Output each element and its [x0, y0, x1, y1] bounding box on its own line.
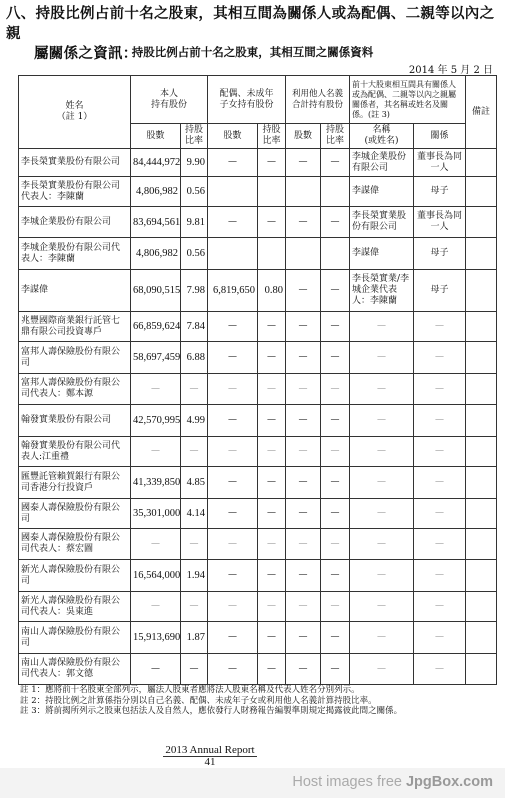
watermark-prefix: Host images free	[292, 774, 406, 790]
other-ratio: —	[321, 405, 350, 437]
spouse-ratio: —	[258, 437, 286, 467]
remarks	[466, 238, 497, 270]
table-row: 新光人壽保險股份有限公司代表人：吳東進————————	[19, 592, 497, 622]
shareholder-name: 國泰人壽保險股份有限公司代表人：蔡宏圖	[19, 529, 131, 560]
spouse-ratio: —	[258, 529, 286, 560]
other-shares: —	[286, 654, 321, 685]
other-shares: —	[286, 342, 321, 374]
header-other-ratio: 持股 比率	[321, 124, 350, 149]
related-name: —	[350, 499, 414, 529]
spouse-ratio: —	[258, 592, 286, 622]
shares-ratio: 7.98	[181, 270, 208, 312]
other-ratio: —	[321, 467, 350, 499]
other-ratio: —	[321, 499, 350, 529]
spouse-shares: —	[208, 529, 258, 560]
header-shares: 股數	[131, 124, 181, 149]
relation: 母子	[414, 238, 466, 270]
remarks	[466, 405, 497, 437]
related-name: —	[350, 405, 414, 437]
shares-ratio: —	[181, 374, 208, 405]
table-title: 持股比例占前十名之股東，其相互間之關係資料	[0, 44, 505, 60]
header-name: 姓名 （註 1）	[19, 76, 131, 149]
shareholder-name: 富邦人壽保險股份有限公司	[19, 342, 131, 374]
shareholder-name: 富邦人壽保險股份有限公司代表人：鄭本源	[19, 374, 131, 405]
table-row: 李長榮實業股份有限公司84,444,9729.90————李城企業股份有限公司董…	[19, 149, 497, 177]
spouse-shares: —	[208, 467, 258, 499]
spouse-shares: —	[208, 207, 258, 238]
remarks	[466, 622, 497, 654]
other-ratio: —	[321, 270, 350, 312]
spouse-shares: —	[208, 374, 258, 405]
shares-ratio: 9.81	[181, 207, 208, 238]
shareholder-name: 翰發實業股份有限公司	[19, 405, 131, 437]
header-ratio: 持股 比率	[181, 124, 208, 149]
header-remarks: 備註	[466, 76, 497, 149]
remarks	[466, 270, 497, 312]
shares-ratio: 7.84	[181, 312, 208, 342]
shares-ratio: 0.56	[181, 177, 208, 207]
relation: —	[414, 374, 466, 405]
shares-ratio: 1.94	[181, 560, 208, 592]
other-ratio: —	[321, 437, 350, 467]
watermark-link[interactable]: Host images free JpgBox.com	[292, 774, 493, 790]
other-shares: —	[286, 207, 321, 238]
spouse-shares: —	[208, 405, 258, 437]
related-name: 李謀偉	[350, 238, 414, 270]
other-shares	[286, 238, 321, 270]
page-number: 41	[205, 756, 216, 768]
spouse-shares	[208, 177, 258, 207]
related-name: —	[350, 374, 414, 405]
table-row: 國泰人壽保險股份有限公司35,301,0004.14——————	[19, 499, 497, 529]
shares-count: 16,564,000	[131, 560, 181, 592]
spouse-ratio	[258, 238, 286, 270]
shares-count: 84,444,972	[131, 149, 181, 177]
footnotes: 註 1：應將前十名股東全部列示，屬法人股東者應將法人股東名稱及代表人姓名分別列示…	[20, 685, 500, 717]
other-shares: —	[286, 405, 321, 437]
page-footer: 2013 Annual Report 41	[0, 745, 420, 768]
report-date: 2014 年 5 月 2 日	[409, 61, 493, 76]
footnote-1: 註 1：應將前十名股東全部列示，屬法人股東者應將法人股東名稱及代表人姓名分別列示…	[20, 685, 500, 696]
shares-count: —	[131, 592, 181, 622]
shares-count: 58,697,459	[131, 342, 181, 374]
other-ratio: —	[321, 312, 350, 342]
remarks	[466, 437, 497, 467]
table-row: 南山人壽保險股份有限公司15,913,6901.87——————	[19, 622, 497, 654]
shares-count: 35,301,000	[131, 499, 181, 529]
relation: —	[414, 499, 466, 529]
shares-count: 4,806,982	[131, 238, 181, 270]
other-shares: —	[286, 270, 321, 312]
spouse-shares: —	[208, 622, 258, 654]
shares-ratio: —	[181, 592, 208, 622]
shares-ratio: 4.99	[181, 405, 208, 437]
spouse-ratio: 0.80	[258, 270, 286, 312]
shareholder-name: 李城企業股份有限公司	[19, 207, 131, 238]
other-ratio: —	[321, 529, 350, 560]
spouse-shares: —	[208, 437, 258, 467]
shares-count: —	[131, 374, 181, 405]
relation: —	[414, 405, 466, 437]
remarks	[466, 529, 497, 560]
shareholder-name: 南山人壽保險股份有限公司代表人：郭文德	[19, 654, 131, 685]
shareholder-name: 匯豐託管賴賀銀行有限公司香港分行投資戶	[19, 467, 131, 499]
relation: 董事長為同一人	[414, 207, 466, 238]
header-spouse-ratio: 持股 比率	[258, 124, 286, 149]
table-row: 翰發實業股份有限公司42,570,9954.99——————	[19, 405, 497, 437]
other-shares: —	[286, 560, 321, 592]
related-name: 李謀偉	[350, 177, 414, 207]
spouse-ratio: —	[258, 149, 286, 177]
relation: —	[414, 560, 466, 592]
spouse-ratio: —	[258, 405, 286, 437]
shareholder-name: 新光人壽保險股份有限公司	[19, 560, 131, 592]
related-name: —	[350, 560, 414, 592]
relation: —	[414, 312, 466, 342]
related-name: —	[350, 312, 414, 342]
table-row: 南山人壽保險股份有限公司代表人：郭文德————————	[19, 654, 497, 685]
shares-count: 15,913,690	[131, 622, 181, 654]
spouse-ratio: —	[258, 342, 286, 374]
table-row: 匯豐託管賴賀銀行有限公司香港分行投資戶41,339,8504.85——————	[19, 467, 497, 499]
shares-ratio: —	[181, 437, 208, 467]
table-row: 國泰人壽保險股份有限公司代表人：蔡宏圖————————	[19, 529, 497, 560]
spouse-ratio: —	[258, 312, 286, 342]
header-name-note: （註 1）	[21, 112, 128, 123]
spouse-ratio: —	[258, 622, 286, 654]
remarks	[466, 499, 497, 529]
spouse-shares: —	[208, 312, 258, 342]
other-ratio: —	[321, 592, 350, 622]
spouse-ratio: —	[258, 374, 286, 405]
related-name: —	[350, 592, 414, 622]
other-ratio: —	[321, 374, 350, 405]
shares-ratio: 0.56	[181, 238, 208, 270]
shareholder-name: 新光人壽保險股份有限公司代表人：吳東進	[19, 592, 131, 622]
related-name: 李長榮實業股份有限公司	[350, 207, 414, 238]
relation: —	[414, 342, 466, 374]
shares-count: 83,694,561	[131, 207, 181, 238]
remarks	[466, 312, 497, 342]
shares-ratio: 4.14	[181, 499, 208, 529]
table-row: 富邦人壽保險股份有限公司代表人：鄭本源————————	[19, 374, 497, 405]
relation: —	[414, 592, 466, 622]
spouse-ratio: —	[258, 207, 286, 238]
shares-count: 66,859,624	[131, 312, 181, 342]
other-ratio	[321, 177, 350, 207]
header-other-shares-count: 股數	[286, 124, 321, 149]
other-ratio: —	[321, 560, 350, 592]
related-name: —	[350, 654, 414, 685]
shares-ratio: —	[181, 529, 208, 560]
shares-ratio: 1.87	[181, 622, 208, 654]
other-shares: —	[286, 149, 321, 177]
related-name: 李城企業股份有限公司	[350, 149, 414, 177]
header-spouse-shares: 配偶、未成年 子女持有股份	[208, 76, 286, 124]
remarks	[466, 149, 497, 177]
footnote-2: 註 2：持股比例之計算係指分別以自己名義、配偶、未成年子女或利用他人名義計算持股…	[20, 696, 500, 707]
spouse-ratio: —	[258, 560, 286, 592]
remarks	[466, 467, 497, 499]
spouse-shares: —	[208, 342, 258, 374]
shares-count: 42,570,995	[131, 405, 181, 437]
shareholder-name: 翰發實業股份有限公司代表人:江重禮	[19, 437, 131, 467]
watermark-brand: JpgBox.com	[406, 774, 493, 790]
relation: 董事長為同一人	[414, 149, 466, 177]
other-shares: —	[286, 467, 321, 499]
header-name-label: 姓名	[21, 101, 128, 112]
shares-ratio: —	[181, 654, 208, 685]
remarks	[466, 342, 497, 374]
remarks	[466, 654, 497, 685]
other-ratio	[321, 238, 350, 270]
related-name: —	[350, 342, 414, 374]
header-relation-group: 前十大股東相互間具有關係人或為配偶、二親等以內之親屬關係者，其名稱或姓名及關係。…	[350, 76, 466, 124]
header-rel-name: 名稱 (或姓名)	[350, 124, 414, 149]
other-shares: —	[286, 437, 321, 467]
shares-count: —	[131, 529, 181, 560]
watermark-bar: Host images free JpgBox.com	[0, 768, 505, 798]
relation: 母子	[414, 177, 466, 207]
shares-count: —	[131, 654, 181, 685]
table-row: 翰發實業股份有限公司代表人:江重禮————————	[19, 437, 497, 467]
other-ratio: —	[321, 207, 350, 238]
table-row: 兆豐國際商業銀行託管七鼎有限公司投資專戶66,859,6247.84——————	[19, 312, 497, 342]
relation: —	[414, 622, 466, 654]
spouse-shares: —	[208, 592, 258, 622]
header-spouse-shares-count: 股數	[208, 124, 258, 149]
shares-count: 41,339,850	[131, 467, 181, 499]
other-shares: —	[286, 312, 321, 342]
relation: —	[414, 437, 466, 467]
shares-count: 4,806,982	[131, 177, 181, 207]
shareholder-name: 國泰人壽保險股份有限公司	[19, 499, 131, 529]
header-rel: 關係	[414, 124, 466, 149]
spouse-shares: 6,819,650	[208, 270, 258, 312]
shares-ratio: 9.90	[181, 149, 208, 177]
other-shares: —	[286, 499, 321, 529]
table-row: 李城企業股份有限公司83,694,5619.81————李長榮實業股份有限公司董…	[19, 207, 497, 238]
relation: —	[414, 467, 466, 499]
shareholder-name: 兆豐國際商業銀行託管七鼎有限公司投資專戶	[19, 312, 131, 342]
remarks	[466, 177, 497, 207]
other-ratio: —	[321, 342, 350, 374]
spouse-shares	[208, 238, 258, 270]
relation: —	[414, 654, 466, 685]
section-heading-line1: 八、持股比例占前十名之股東，其相互間為關係人或為配偶、二親等以內之親	[6, 5, 494, 42]
other-shares: —	[286, 374, 321, 405]
related-name: —	[350, 437, 414, 467]
table-row: 富邦人壽保險股份有限公司58,697,4596.88——————	[19, 342, 497, 374]
other-shares: —	[286, 592, 321, 622]
shareholder-name: 南山人壽保險股份有限公司	[19, 622, 131, 654]
spouse-ratio: —	[258, 467, 286, 499]
shares-ratio: 6.88	[181, 342, 208, 374]
spouse-ratio	[258, 177, 286, 207]
other-shares: —	[286, 622, 321, 654]
shareholder-table: 姓名 （註 1） 本人 持有股份 配偶、未成年 子女持有股份 利用他人名義 合計…	[18, 75, 497, 685]
remarks	[466, 560, 497, 592]
header-other-shares: 利用他人名義 合計持有股份	[286, 76, 350, 124]
shareholder-name: 李長榮實業股份有限公司代表人：李陳蘭	[19, 177, 131, 207]
table-row: 李長榮實業股份有限公司代表人：李陳蘭4,806,9820.56李謀偉母子	[19, 177, 497, 207]
spouse-shares: —	[208, 560, 258, 592]
other-shares: —	[286, 529, 321, 560]
table-row: 新光人壽保險股份有限公司16,564,0001.94——————	[19, 560, 497, 592]
remarks	[466, 374, 497, 405]
shareholder-name: 李城企業股份有限公司代表人：李陳蘭	[19, 238, 131, 270]
spouse-ratio: —	[258, 499, 286, 529]
remarks	[466, 207, 497, 238]
table-row: 李謀偉68,090,5157.986,819,6500.80——李長榮實業/李城…	[19, 270, 497, 312]
other-shares	[286, 177, 321, 207]
related-name: —	[350, 467, 414, 499]
shares-count: 68,090,515	[131, 270, 181, 312]
footnote-3: 註 3：將前揭所列示之股東包括法人及自然人，應依發行人財務報告編製準則規定揭露彼…	[20, 706, 500, 717]
spouse-shares: —	[208, 149, 258, 177]
relation: —	[414, 529, 466, 560]
shareholder-name: 李謀偉	[19, 270, 131, 312]
remarks	[466, 592, 497, 622]
other-ratio: —	[321, 622, 350, 654]
table-row: 李城企業股份有限公司代表人：李陳蘭4,806,9820.56李謀偉母子	[19, 238, 497, 270]
shareholder-name: 李長榮實業股份有限公司	[19, 149, 131, 177]
related-name: —	[350, 529, 414, 560]
other-ratio: —	[321, 654, 350, 685]
spouse-shares: —	[208, 499, 258, 529]
related-name: 李長榮實業/李城企業代表人：李陳蘭	[350, 270, 414, 312]
relation: 母子	[414, 270, 466, 312]
related-name: —	[350, 622, 414, 654]
other-ratio: —	[321, 149, 350, 177]
shares-count: —	[131, 437, 181, 467]
spouse-shares: —	[208, 654, 258, 685]
header-self-shares: 本人 持有股份	[131, 76, 208, 124]
shares-ratio: 4.85	[181, 467, 208, 499]
spouse-ratio: —	[258, 654, 286, 685]
